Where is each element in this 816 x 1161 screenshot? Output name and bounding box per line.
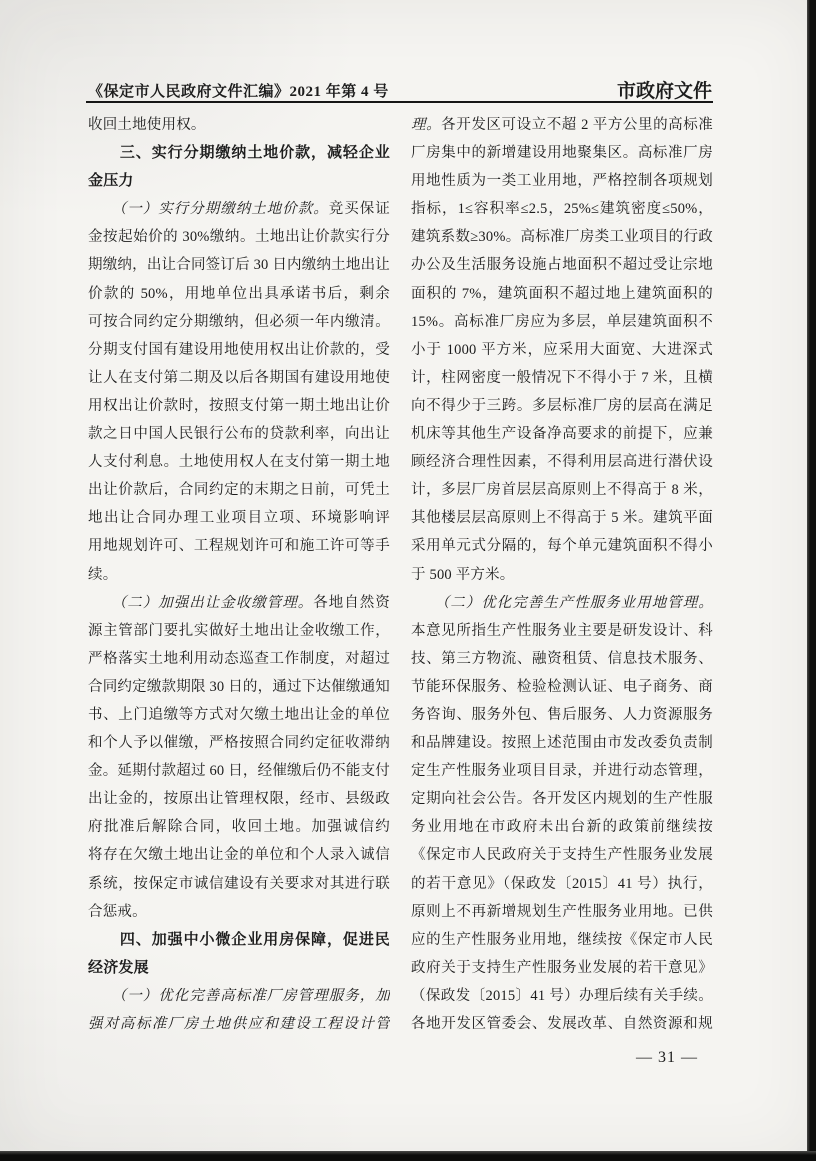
text-line: 厂房集中的新增建设用地聚集区。高标准厂房 xyxy=(411,139,713,167)
text-line: 本意见所指生产性服务业主要是研发设计、科 xyxy=(411,617,713,645)
text-line: （保政发〔2015〕41 号）办理后续有关手续。 xyxy=(411,982,713,1010)
text-line: 严格落实土地利用动态巡查工作制度，对超过 xyxy=(88,645,390,673)
text-line: （一）优化完善高标准厂房管理服务，加 xyxy=(88,982,390,1010)
text-line: 办公及生活服务设施占地面积不超过受让宗地 xyxy=(411,251,713,279)
text-line: 和品牌建设。按照上述范围由市发改委负责制 xyxy=(411,729,713,757)
header-doc-type: 市政府文件 xyxy=(412,76,712,103)
text-line: 和个人予以催缴，严格按照合同约定征收滞纳 xyxy=(88,729,390,757)
scan-edge-bottom xyxy=(0,1151,816,1161)
text-line: 其他楼层层高原则上不得高于 5 米。建筑平面 xyxy=(411,504,713,532)
text-line: 合惩戒。 xyxy=(88,898,390,926)
text-line: 出让金的，按原出让管理权限，经市、县级政 xyxy=(88,785,390,813)
text-line: 强对高标准厂房土地供应和建设工程设计管 xyxy=(88,1010,390,1038)
text-line: 计，柱网密度一般情况下不得小于 7 米，且横 xyxy=(411,364,713,392)
text-line: 小于 1000 平方米，应采用大面宽、大进深式设 xyxy=(411,336,713,364)
text-line: 各地开发区管委会、发展改革、自然资源和规 xyxy=(411,1010,713,1038)
text-line: 用地规划许可、工程规划许可和施工许可等手 xyxy=(88,532,390,560)
text-line: 用地性质为一类工业用地，严格控制各项规划 xyxy=(411,167,713,195)
text-line: 原则上不再新增规划生产性服务业用地。已供 xyxy=(411,898,713,926)
text-line: 续。 xyxy=(88,561,390,589)
text-line: 人支付利息。土地使用权人在支付第一期土地 xyxy=(88,448,390,476)
text-line: 金。延期付款超过 60 日，经催缴后仍不能支付 xyxy=(88,757,390,785)
text-line: 向不得少于三跨。多层标准厂房的层高在满足 xyxy=(411,392,713,420)
text-line: 款之日中国人民银行公布的贷款利率，向出让 xyxy=(88,420,390,448)
text-line: 府批准后解除合同，收回土地。加强诚信约束， xyxy=(88,813,390,841)
text-line: 源主管部门要扎实做好土地出让金收缴工作， xyxy=(88,617,390,645)
text-line: 应的生产性服务业用地，继续按《保定市人民 xyxy=(411,926,713,954)
text-line: 于 500 平方米。 xyxy=(411,561,713,589)
text-line: 定生产性服务业项目目录，并进行动态管理， xyxy=(411,757,713,785)
text-line: 系统，按保定市诚信建设有关要求对其进行联 xyxy=(88,870,390,898)
text-line: 三、实行分期缴纳土地价款，减轻企业资 xyxy=(88,139,390,167)
text-line: 计，多层厂房首层层高原则上不得高于 8 米， xyxy=(411,476,713,504)
text-line: 金按起始价的 30%缴纳。土地出让价款实行分 xyxy=(88,223,390,251)
text-line: （一）实行分期缴纳土地价款。竞买保证 xyxy=(88,195,390,223)
text-line: 四、加强中小微企业用房保障，促进民营 xyxy=(88,926,390,954)
text-line: 15%。高标准厂房应为多层，单层建筑面积不应 xyxy=(411,308,713,336)
text-line: 《保定市人民政府关于支持生产性服务业发展 xyxy=(411,841,713,869)
text-line: 机床等其他生产设备净高要求的前提下，应兼 xyxy=(411,420,713,448)
page-number: — 31 — xyxy=(412,1046,712,1070)
header-journal-title: 《保定市人民政府文件汇编》2021 年第 4 号 xyxy=(88,80,389,101)
text-line: 理。各开发区可设立不超 2 平方公里的高标准 xyxy=(411,111,713,139)
text-line: 采用单元式分隔的，每个单元建筑面积不得小 xyxy=(411,532,713,560)
text-line: 用权出让价款时，按照支付第一期土地出让价 xyxy=(88,392,390,420)
text-line: 将存在欠缴土地出让金的单位和个人录入诚信 xyxy=(88,841,390,869)
text-line: 分期支付国有建设用地使用权出让价款的，受 xyxy=(88,336,390,364)
text-line: 定期向社会公告。各开发区内规划的生产性服 xyxy=(411,785,713,813)
text-line: 顾经济合理性因素，不得利用层高进行潜伏设 xyxy=(411,448,713,476)
text-line: 建筑系数≥30%。高标准厂房类工业项目的行政 xyxy=(411,223,713,251)
text-line: 节能环保服务、检验检测认证、电子商务、商 xyxy=(411,673,713,701)
text-line: 技、第三方物流、融资租赁、信息技术服务、 xyxy=(411,645,713,673)
text-line: 经济发展 xyxy=(88,954,390,982)
text-line: 价款的 50%，用地单位出具承诺书后，剩余 50% xyxy=(88,280,390,308)
text-line: 面积的 7%，建筑面积不超过地上建筑面积的 xyxy=(411,280,713,308)
text-line: 期缴纳，出让合同签订后 30 日内缴纳土地出让 xyxy=(88,251,390,279)
text-line: 指标，1≤容积率≤2.5，25%≤建筑密度≤50%， xyxy=(411,195,713,223)
text-line: 可按合同约定分期缴纳，但必须一年内缴清。 xyxy=(88,308,390,336)
header-rule xyxy=(86,101,713,103)
text-line: 务业用地在市政府未出台新的政策前继续按 xyxy=(411,813,713,841)
scanned-document-page: 《保定市人民政府文件汇编》2021 年第 4 号 市政府文件 收回土地使用权。 … xyxy=(0,0,816,1161)
text-line: 的若干意见》（保政发〔2015〕41 号）执行， xyxy=(411,870,713,898)
text-line: 政府关于支持生产性服务业发展的若干意见》 xyxy=(411,954,713,982)
scan-edge-right xyxy=(807,0,816,1161)
text-line: 出让价款后，合同约定的末期之日前，可凭土 xyxy=(88,476,390,504)
text-line: （二）加强出让金收缴管理。各地自然资 xyxy=(88,589,390,617)
text-line: 收回土地使用权。 xyxy=(88,111,390,139)
text-line: （二）优化完善生产性服务业用地管理。 xyxy=(411,589,713,617)
text-line: 书、上门追缴等方式对欠缴土地出让金的单位 xyxy=(88,701,390,729)
text-line: 金压力 xyxy=(88,167,390,195)
text-column-right: 理。各开发区可设立不超 2 平方公里的高标准厂房集中的新增建设用地聚集区。高标准… xyxy=(411,111,713,1038)
text-line: 务咨询、服务外包、售后服务、人力资源服务 xyxy=(411,701,713,729)
text-column-left: 收回土地使用权。 三、实行分期缴纳土地价款，减轻企业资金压力 （一）实行分期缴纳… xyxy=(88,111,390,1038)
text-line: 让人在支付第二期及以后各期国有建设用地使 xyxy=(88,364,390,392)
text-line: 合同约定缴款期限 30 日的，通过下达催缴通知 xyxy=(88,673,390,701)
text-line: 地出让合同办理工业项目立项、环境影响评价、 xyxy=(88,504,390,532)
